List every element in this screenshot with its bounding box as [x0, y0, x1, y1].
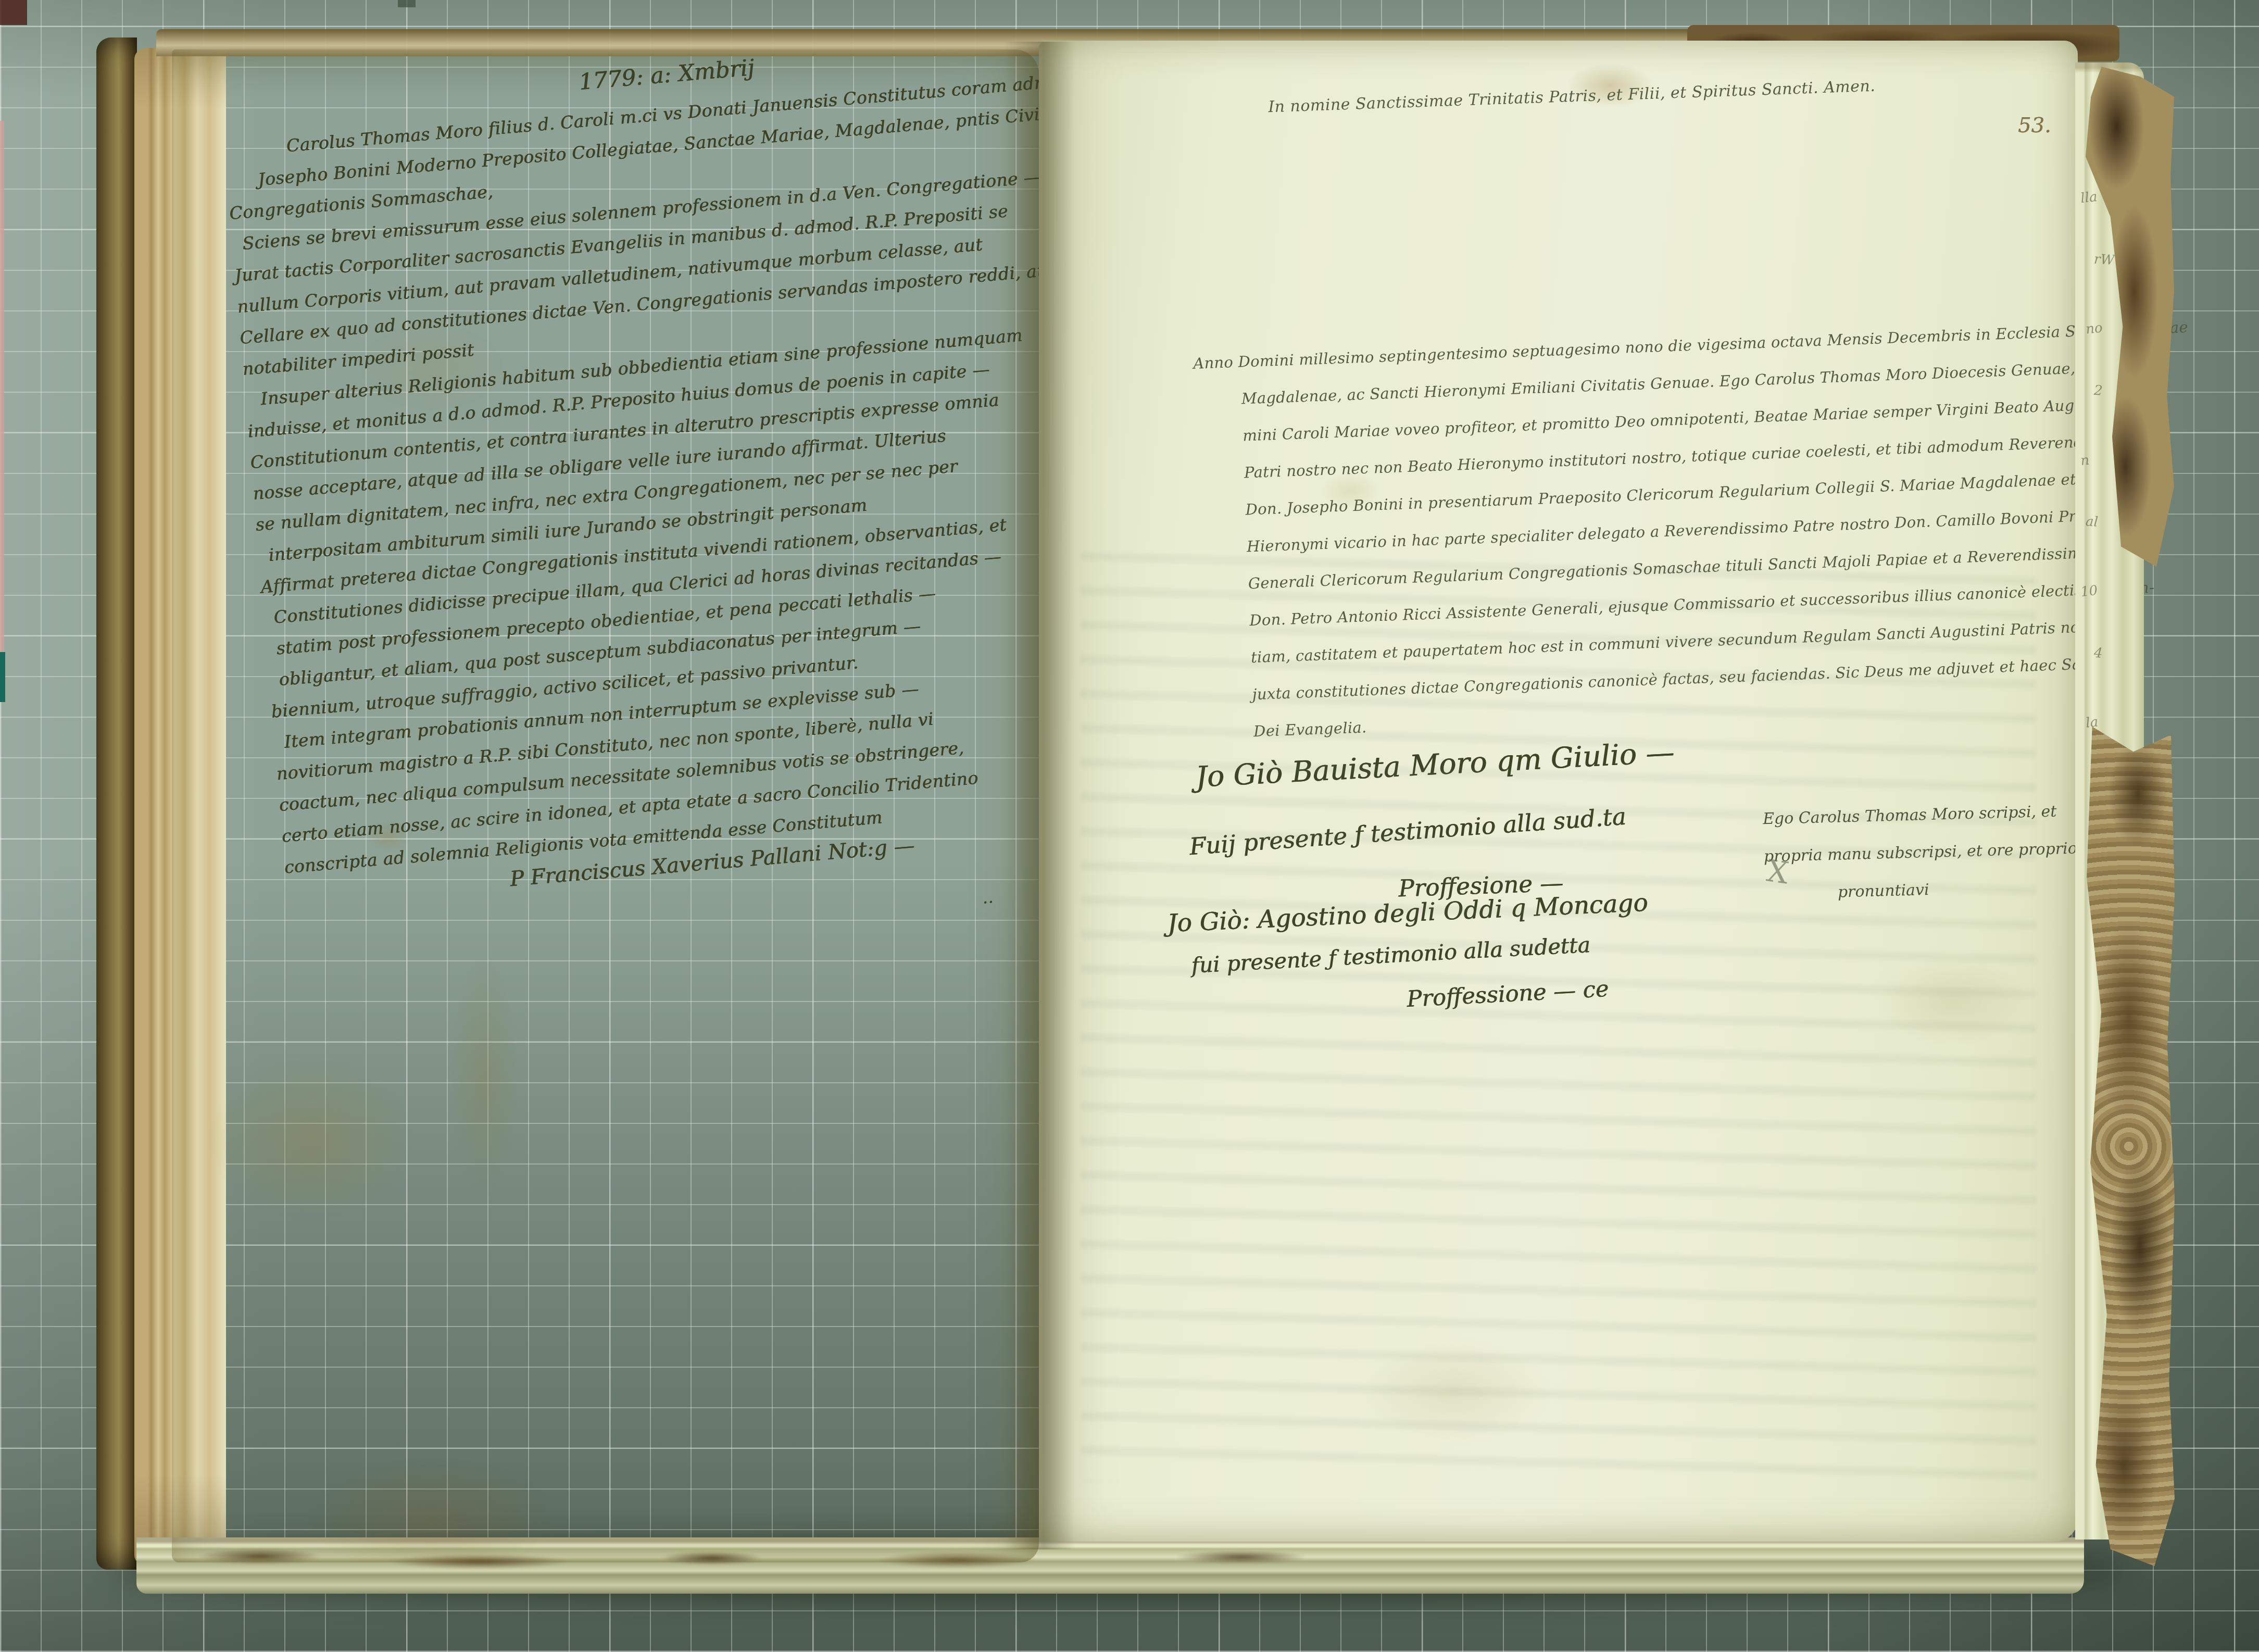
witness1-statement: Fuij presente ƒ testimonio alla sud.ta [1188, 803, 1627, 860]
profession-line: Don. Petro Antonio Ricci Assistente Gene… [1249, 571, 2088, 639]
ink-dots: .. [981, 886, 994, 908]
witness2-profession-word: Proffessione — ce [1406, 976, 1609, 1012]
profession-text-block: Anno Domini millesimo septingentesimo se… [1193, 313, 2092, 752]
pencil-x-mark: X [1764, 853, 1790, 891]
fore-edge-mark: 10 [2080, 578, 2143, 600]
left-page-text-block: 1779: a: Xmbrij Carolus Thomas Moro fili… [220, 33, 1082, 910]
mat-corner-mark [0, 0, 27, 25]
mat-edge-pink-strip [0, 121, 4, 652]
witness1-signature: Jo Giò Bauista Moro qm Giulio — [1195, 735, 1675, 794]
profession-line: Dei Evangelia. [1253, 682, 2092, 750]
left-page: 1779: a: Xmbrij Carolus Thomas Moro fili… [172, 49, 1039, 1562]
invocation-line: In nomine Sanctissimae Trinitatis Patris… [1268, 77, 1876, 117]
professed-line: propria manu subscripsi, et ore proprio [1763, 831, 2056, 876]
professed-line: pronuntiavi [1837, 868, 2057, 911]
mat-top-edge-mark [398, 0, 416, 7]
professed-line: Ego Carolus Thomas Moro scripsi, et [1762, 793, 2055, 838]
profession-line: juxta constitutiones dictae Congregation… [1251, 645, 2091, 713]
mat-edge-teal-mark [0, 652, 5, 702]
profession-line: tiam, castitatem et paupertatem hoc est … [1250, 608, 2090, 676]
leather-cover-edge [96, 37, 137, 1570]
manuscript-photo: { "colors": { "mat": "#8ea295", "mat_dar… [0, 0, 2259, 1652]
witness2-signature: Jo Giò: Agostino degli Oddi q Moncago [1166, 888, 1648, 938]
fore-edge-mark: 4 [2093, 645, 2143, 664]
page-gutter [1004, 42, 1075, 1549]
right-page: In nomine Sanctissimae Trinitatis Patris… [1039, 41, 2078, 1542]
witness1-profession-word: Proffesione — [1398, 869, 1564, 902]
page-number: 53. [2018, 114, 2051, 137]
professed-subscription-block: Ego Carolus Thomas Moro scripsi, et prop… [1762, 793, 2056, 913]
witness2-statement: fui presente ƒ testimonio alla sudetta [1190, 932, 1591, 978]
